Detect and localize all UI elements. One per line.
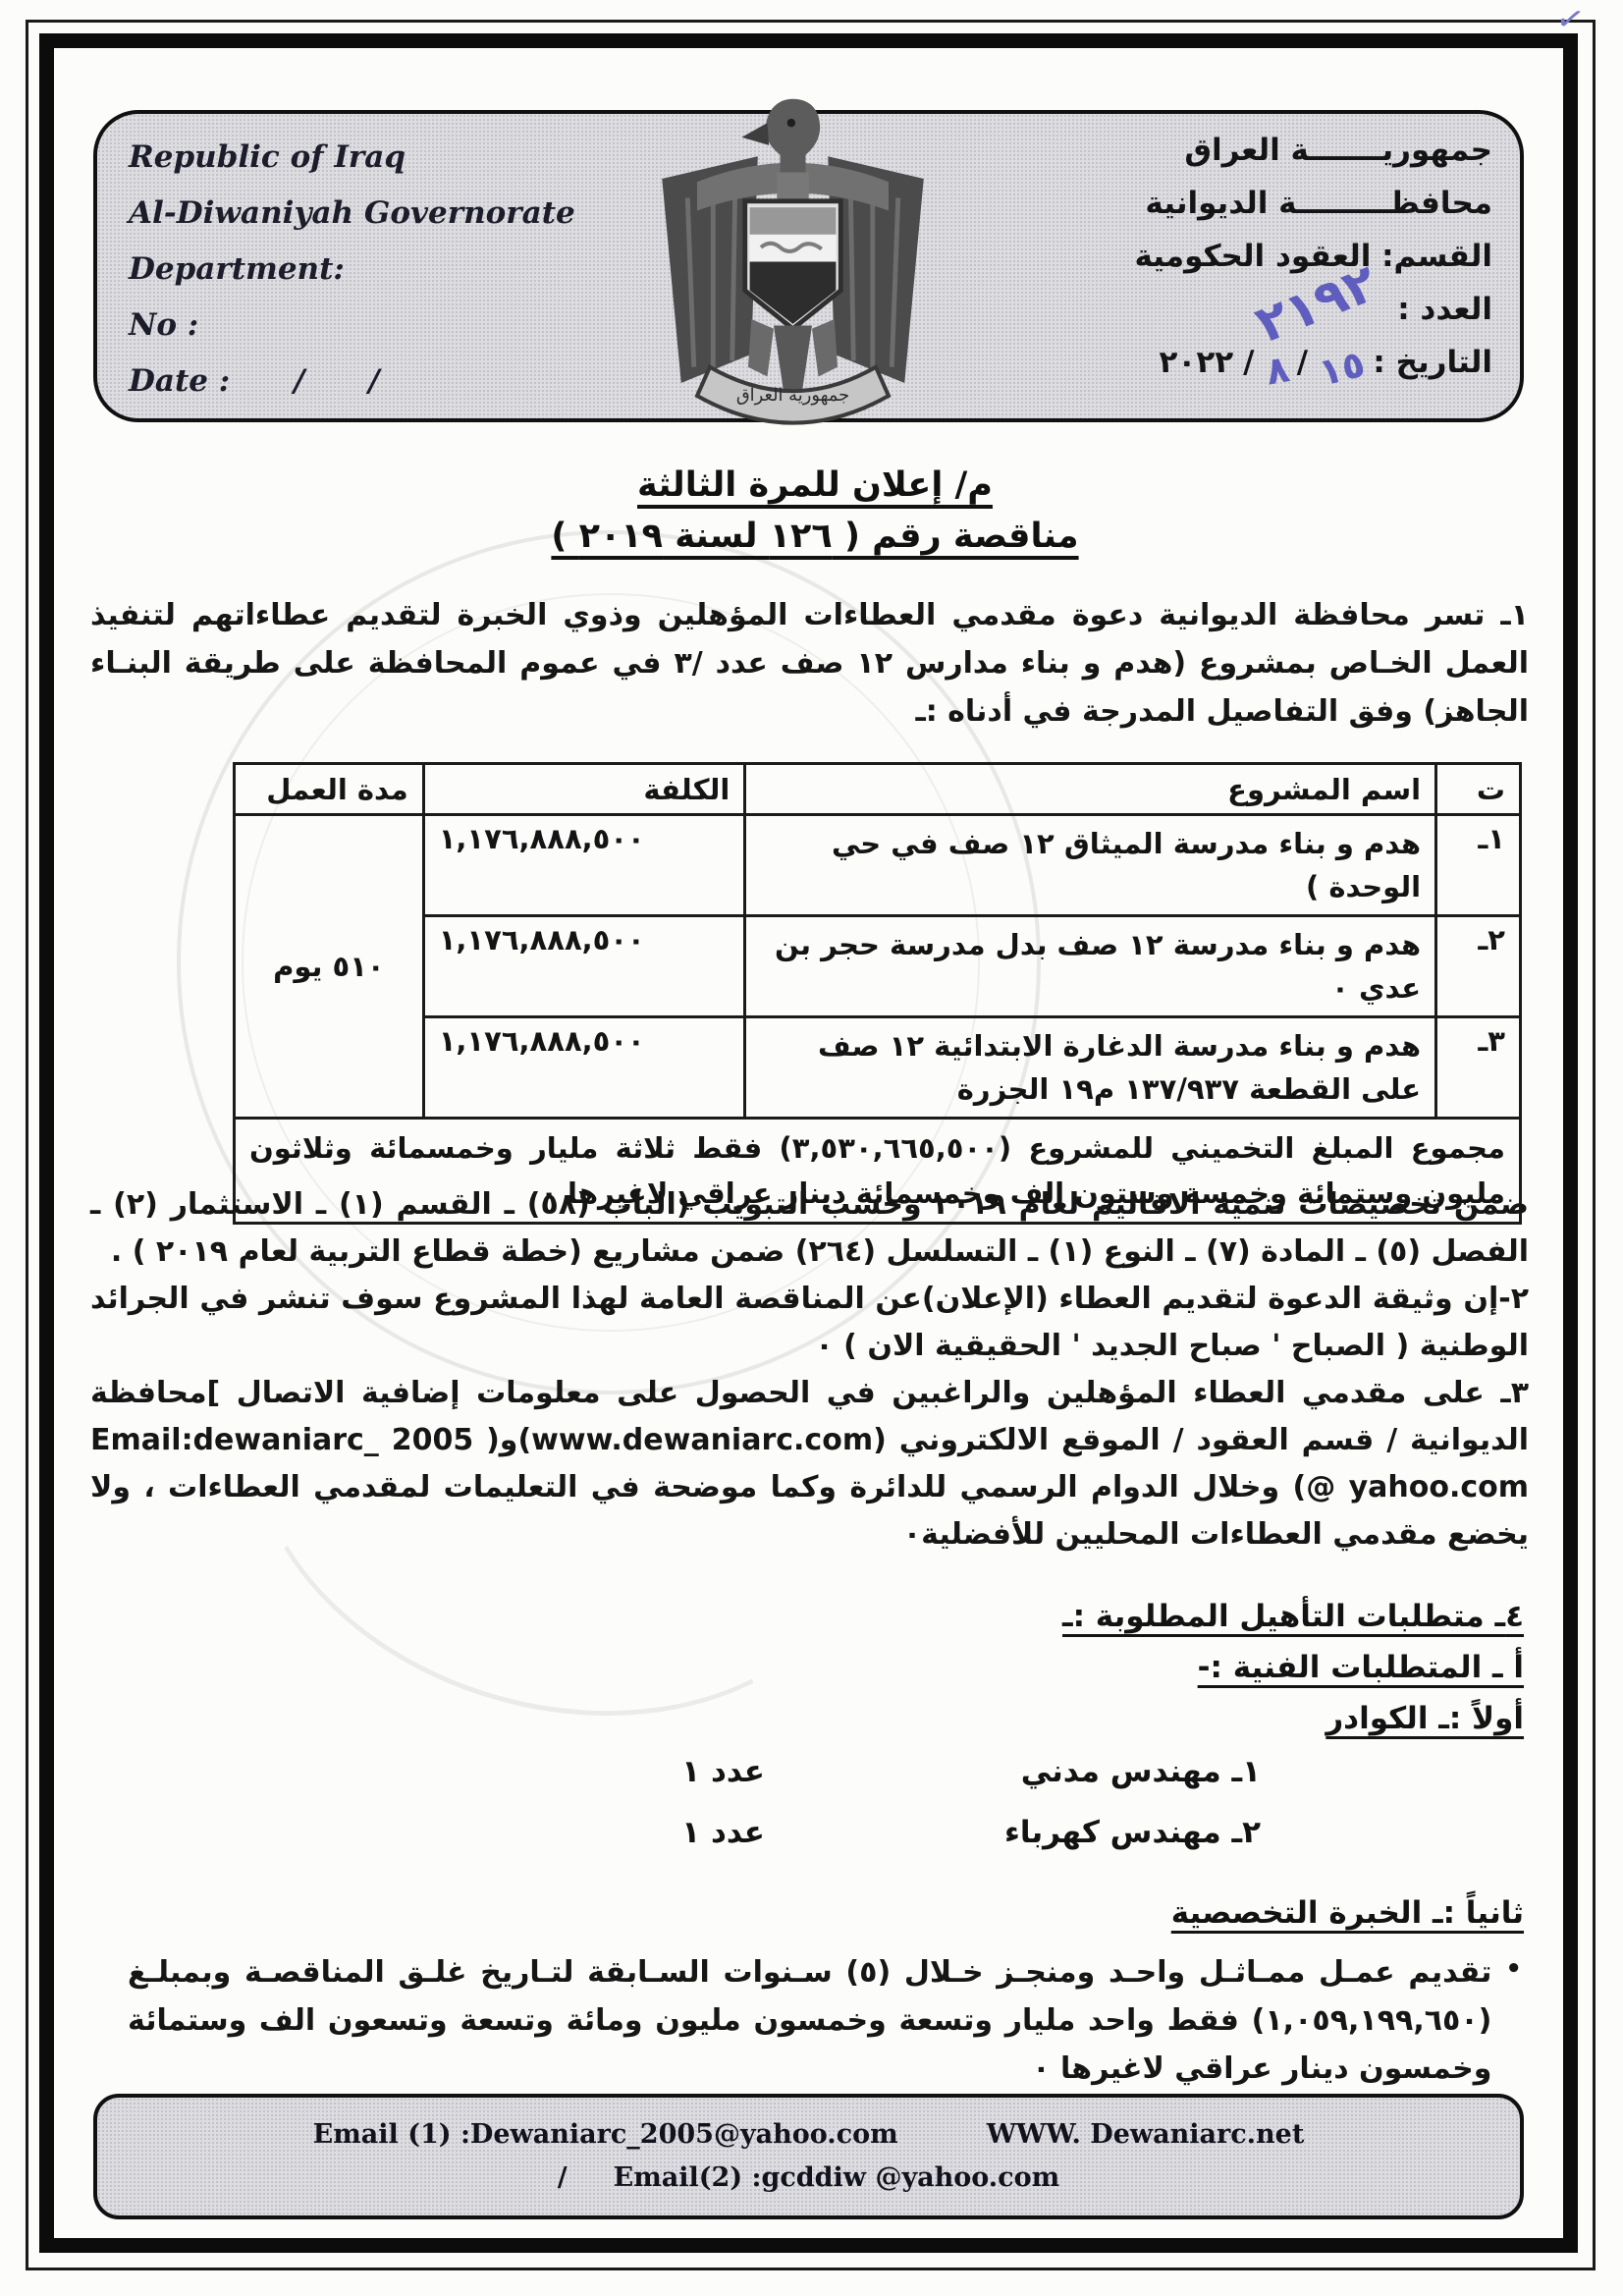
date-separator: /: [1297, 336, 1308, 389]
letterhead-country-ar: جمهوريـــــــة العراق: [1134, 124, 1492, 177]
date-label: التاريخ :: [1373, 336, 1492, 389]
row-project-name: هدم و بناء مدرسة ١٢ صف بدل مدرسة حجر بن …: [745, 916, 1436, 1017]
technical-requirements-heading: أ ـ المتطلبات الفنية :-: [90, 1650, 1524, 1685]
table-row: ١ـ هدم و بناء مدرسة الميثاق ١٢ صف في حي …: [235, 815, 1521, 916]
row-serial: ٢ـ: [1436, 916, 1521, 1017]
contact-info-paragraph: ٣ـ على مقدمي العطاء المؤهلين والراغبين ف…: [90, 1370, 1529, 1558]
row-cost: ١,١٧٦,٨٨٨,٥٠٠: [423, 815, 745, 916]
row-serial: ١ـ: [1436, 815, 1521, 916]
row-project-name: هدم و بناء مدرسة الميثاق ١٢ صف في حي الو…: [745, 815, 1436, 916]
qualification-requirements-text: ٤ـ متطلبات التأهيل المطلوبة :ـ: [1062, 1599, 1524, 1634]
experience-bullet-item: • تقديم عمـل ممـاثـل واحـد ومنجـز خـلال …: [128, 1948, 1522, 2093]
header-duration: مدة العمل: [235, 764, 424, 815]
cadres-heading-text: أولاً :ـ الكوادر: [1325, 1701, 1524, 1736]
footer-email-2: / Email(2) :gcddiw @yahoo.com: [97, 2162, 1520, 2193]
header-project-name: اسم المشروع: [745, 764, 1436, 815]
date-year: ٢٠٢٢: [1159, 336, 1233, 389]
table-header-row: ت اسم المشروع الكلفة مدة العمل: [235, 764, 1521, 815]
row-serial: ٣ـ: [1436, 1017, 1521, 1119]
handwritten-day: ١٥: [1314, 337, 1371, 400]
cadre-role: ١ـ مهندس مدني: [765, 1754, 1261, 1789]
footer-line-1: Email (1) :Dewaniarc_2005@yahoo.com WWW.…: [97, 2119, 1520, 2150]
cadre-item: ١ـ مهندس مدني عدد ١: [90, 1754, 1524, 1789]
specialized-experience-text: ثانياً :ـ الخبرة التخصصية: [1171, 1895, 1524, 1931]
document-date-row: التاريخ : ١٥ / ٨ / ٢٠٢٢: [1134, 336, 1492, 389]
row-cost: ١,١٧٦,٨٨٨,٥٠٠: [423, 916, 745, 1017]
specialized-experience-heading: ثانياً :ـ الخبرة التخصصية: [90, 1895, 1524, 1931]
footer-contact-box: Email (1) :Dewaniarc_2005@yahoo.com WWW.…: [93, 2094, 1524, 2219]
table-row: ٢ـ هدم و بناء مدرسة ١٢ صف بدل مدرسة حجر …: [235, 916, 1521, 1017]
projects-table: ت اسم المشروع الكلفة مدة العمل ١ـ هدم و …: [233, 762, 1522, 1225]
letterhead-country-en: Republic of Iraq: [129, 130, 575, 186]
first-cadres-heading: أولاً :ـ الكوادر: [90, 1701, 1524, 1736]
row-duration: ٥١٠ يوم: [235, 815, 424, 1119]
handwritten-month: ٨: [1261, 342, 1292, 398]
cadre-count: عدد ١: [681, 1815, 765, 1850]
footer-email-1: Email (1) :Dewaniarc_2005@yahoo.com: [313, 2119, 898, 2150]
letterhead-governorate-ar: محافظـــــــــة الديوانية: [1134, 177, 1492, 230]
letterhead-governorate-en: Al-Diwaniyah Governorate: [129, 186, 575, 242]
date-separator: /: [1243, 336, 1254, 389]
number-label: العدد :: [1397, 283, 1492, 336]
document-number-row: العدد : ٢١٩٢: [1134, 283, 1492, 336]
budget-allocation-paragraph: ضمن تخصيصات تنمية الاقاليم لعام ٢٠١٩ وحس…: [90, 1181, 1529, 1276]
iraq-eagle-emblem: جمهورية العراق: [633, 84, 952, 426]
row-project-name: هدم و بناء مدرسة الدغارة الابتدائية ١٢ ص…: [745, 1017, 1436, 1119]
cadre-count: عدد ١: [681, 1754, 765, 1789]
footer-website: WWW. Dewaniarc.net: [987, 2119, 1305, 2150]
invitation-paragraph: ١ـ تسر محافظة الديوانية دعوة مقدمي العطا…: [90, 591, 1529, 736]
header-cost: الكلفة: [423, 764, 745, 815]
experience-requirement-text: تقديم عمـل ممـاثـل واحـد ومنجـز خـلال (٥…: [128, 1948, 1491, 2093]
body-paragraphs: ضمن تخصيصات تنمية الاقاليم لعام ٢٠١٩ وحس…: [90, 1181, 1529, 1558]
tender-number-title: مناقصة رقم ( ١٢٦ لسنة ٢٠١٩ ): [295, 511, 1335, 562]
row-cost: ١,١٧٦,٨٨٨,٥٠٠: [423, 1017, 745, 1119]
letterhead-english: Republic of Iraq Al-Diwaniyah Governorat…: [129, 130, 575, 410]
announcement-title-block: م/ إعلان للمرة الثالثة مناقصة رقم ( ١٢٦ …: [295, 460, 1335, 562]
letterhead-no-label-en: No :: [129, 298, 575, 354]
qualification-requirements-heading: ٤ـ متطلبات التأهيل المطلوبة :ـ: [90, 1599, 1524, 1634]
publication-paragraph: ٢-إن وثيقة الدعوة لتقديم العطاء (الإعلان…: [90, 1276, 1529, 1370]
technical-requirements-text: أ ـ المتطلبات الفنية :-: [1198, 1650, 1524, 1685]
header-serial: ت: [1436, 764, 1521, 815]
scanned-tender-document: ✓ Republic of Iraq Al-Diwaniyah Governor…: [0, 0, 1623, 2296]
emblem-banner-text: جمهورية العراق: [736, 385, 849, 406]
letterhead-date-label-en: Date : / /: [129, 354, 575, 410]
cadre-item: ٢ـ مهندس كهرباء عدد ١: [90, 1815, 1524, 1850]
cadre-role: ٢ـ مهندس كهرباء: [765, 1815, 1261, 1850]
announcement-title: م/ إعلان للمرة الثالثة: [295, 460, 1335, 511]
bullet-icon: •: [1505, 1948, 1522, 2093]
letterhead-department-en: Department:: [129, 242, 575, 298]
table-row: ٣ـ هدم و بناء مدرسة الدغارة الابتدائية ١…: [235, 1017, 1521, 1119]
letterhead-arabic: جمهوريـــــــة العراق محافظـــــــــة ال…: [1134, 124, 1492, 389]
